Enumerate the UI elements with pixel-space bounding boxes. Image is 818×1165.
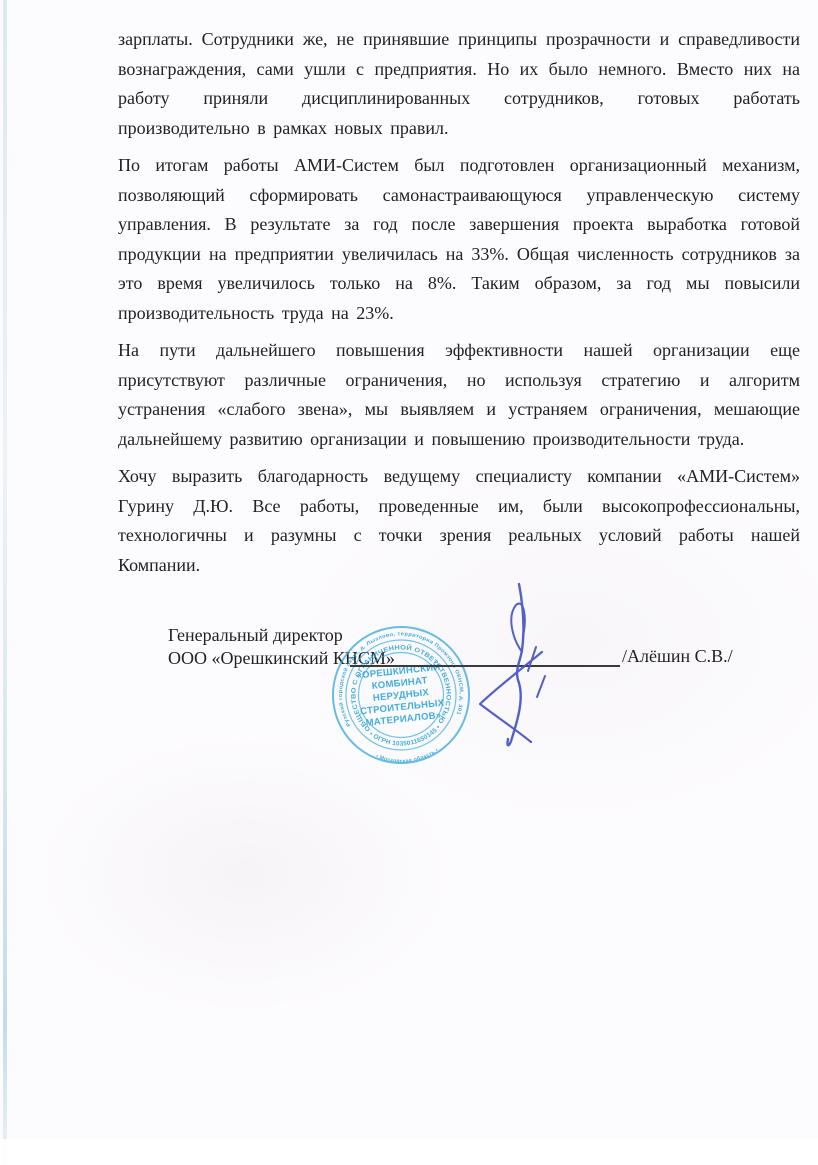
paragraph-1: зарплаты. Сотрудники же, не принявшие пр… xyxy=(118,25,800,143)
signature-ink xyxy=(450,570,570,760)
paragraph-4: Хочу выразить благодарность ведущему спе… xyxy=(118,462,800,580)
letter-body: зарплаты. Сотрудники же, не принявшие пр… xyxy=(118,25,800,588)
scan-edge-artifact xyxy=(3,0,7,1165)
signatory-name: /Алёшин С.В./ xyxy=(622,646,733,667)
signatory-title: Генеральный директор xyxy=(168,625,343,645)
scan-bottom-edge xyxy=(0,1139,818,1165)
signature-tick-stroke-2 xyxy=(537,676,545,697)
signature-main-stroke xyxy=(507,584,523,745)
signature-chevron-stroke xyxy=(480,652,542,742)
scanned-letter-page: зарплаты. Сотрудники же, не принявшие пр… xyxy=(0,0,818,1165)
paragraph-2: По итогам работы АМИ-Систем был подготов… xyxy=(118,151,800,328)
paragraph-3: На пути дальнейшего повышения эффективно… xyxy=(118,336,800,454)
stamp-center-name: «ОРЕШКИНСКИЙ КОМБИНАТ НЕРУДНЫХ СТРОИТЕЛЬ… xyxy=(356,661,447,730)
